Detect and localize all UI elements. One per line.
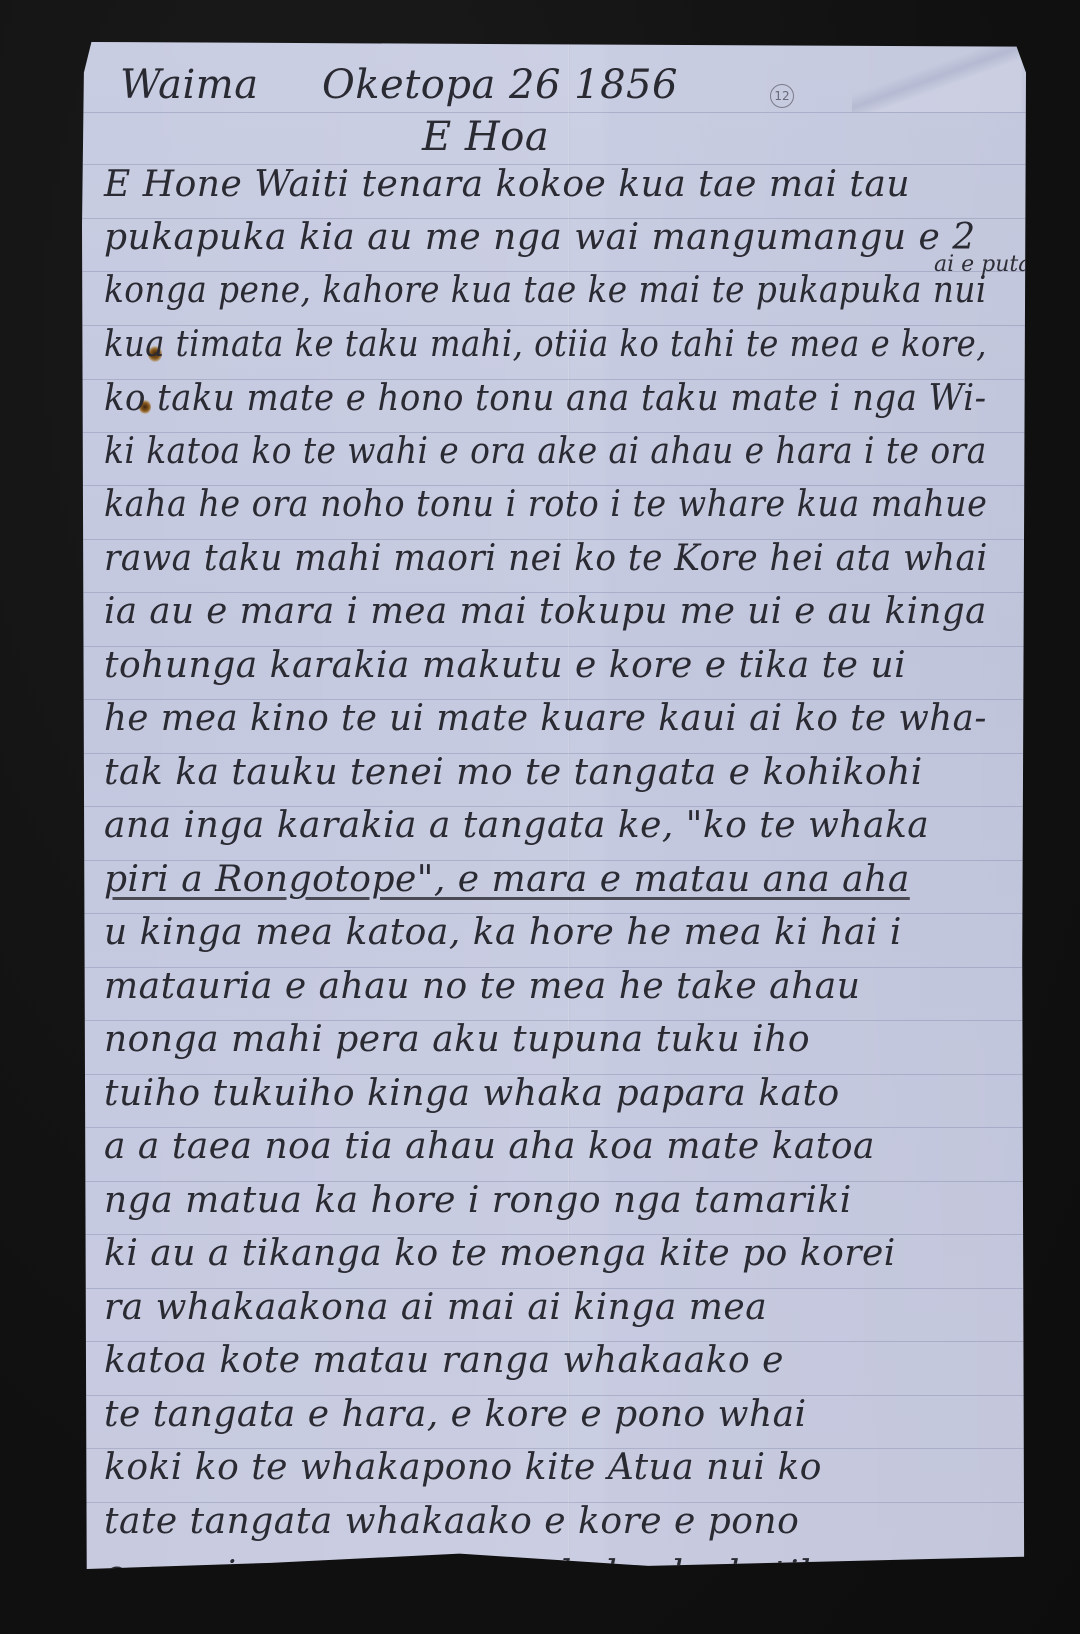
letter-line: he mea kino te ui mate kuare kaui ai ko …: [104, 698, 987, 739]
letter-line: te tangata e hara, e kore e pono whai: [104, 1394, 807, 1435]
letter-salutation: E Hoa: [422, 114, 549, 160]
letter-line: rawa taku mahi maori nei ko te Kore hei …: [104, 538, 988, 579]
folio-number: 12: [770, 84, 794, 108]
letter-line: kaha he ora noho tonu i roto i te whare …: [104, 484, 987, 525]
letter-line: konga pene, kahore kua tae ke mai te puk…: [104, 270, 987, 311]
letter-line: pukapuka kia au me nga wai mangumangu e …: [104, 217, 976, 258]
letter-line: tate tangata whakaako e kore e pono: [104, 1501, 799, 1542]
letter-line: ia au e mara i mea mai tokupu me ui e au…: [104, 591, 987, 632]
letter-line: tuiho tukuiho kinga whaka papara kato: [104, 1073, 840, 1114]
letter-place: Waima: [120, 62, 259, 108]
letter-line: ko taku mate e hono tonu ana taku mate i…: [104, 378, 987, 419]
letter-line: koki ko te whakapono kite Atua nui ko: [104, 1447, 822, 1488]
letter-line: tohunga karakia makutu e kore e tika te …: [104, 645, 906, 686]
letter-line: u kinga mea katoa, ka hore he mea ki hai…: [104, 912, 902, 953]
letter-line: kua timata ke taku mahi, otiia ko tahi t…: [104, 324, 987, 365]
letter-line: nga matua ka hore i rongo nga tamariki: [104, 1180, 852, 1221]
letter-line: ra whakaakona ai mai ai kinga mea: [104, 1287, 767, 1328]
letter-line: nonga mahi pera aku tupuna tuku iho: [104, 1019, 810, 1060]
folded-corner: [852, 42, 1022, 112]
letter-page: 12 Waima Oketopa 26 1856 E Hoa ai e puta…: [82, 42, 1026, 1572]
letter-line: matauria e ahau no te mea he take ahau: [104, 966, 860, 1007]
ruling-line: [82, 112, 1026, 113]
letter-date: Oketopa 26 1856: [322, 62, 678, 108]
letter-line: ana inga karakia a tangata ke, "ko te wh…: [104, 805, 929, 846]
letter-line: tak ka tauku tenei mo te tangata e kohik…: [104, 752, 923, 793]
letter-line: ki au a tikanga ko te moenga kite po kor…: [104, 1233, 896, 1274]
letter-line-underlined: piri a Rongotope", e mara e matau ana ah…: [104, 859, 910, 900]
letter-line: ki katoa ko te wahi e ora ake ai ahau e …: [104, 431, 987, 472]
letter-line: a a taea noa tia ahau aha koa mate katoa: [104, 1126, 875, 1167]
letter-line: E Hone Waiti tenara kokoe kua tae mai ta…: [104, 164, 910, 205]
letter-line: katoa kote matau ranga whakaako e: [104, 1340, 784, 1381]
